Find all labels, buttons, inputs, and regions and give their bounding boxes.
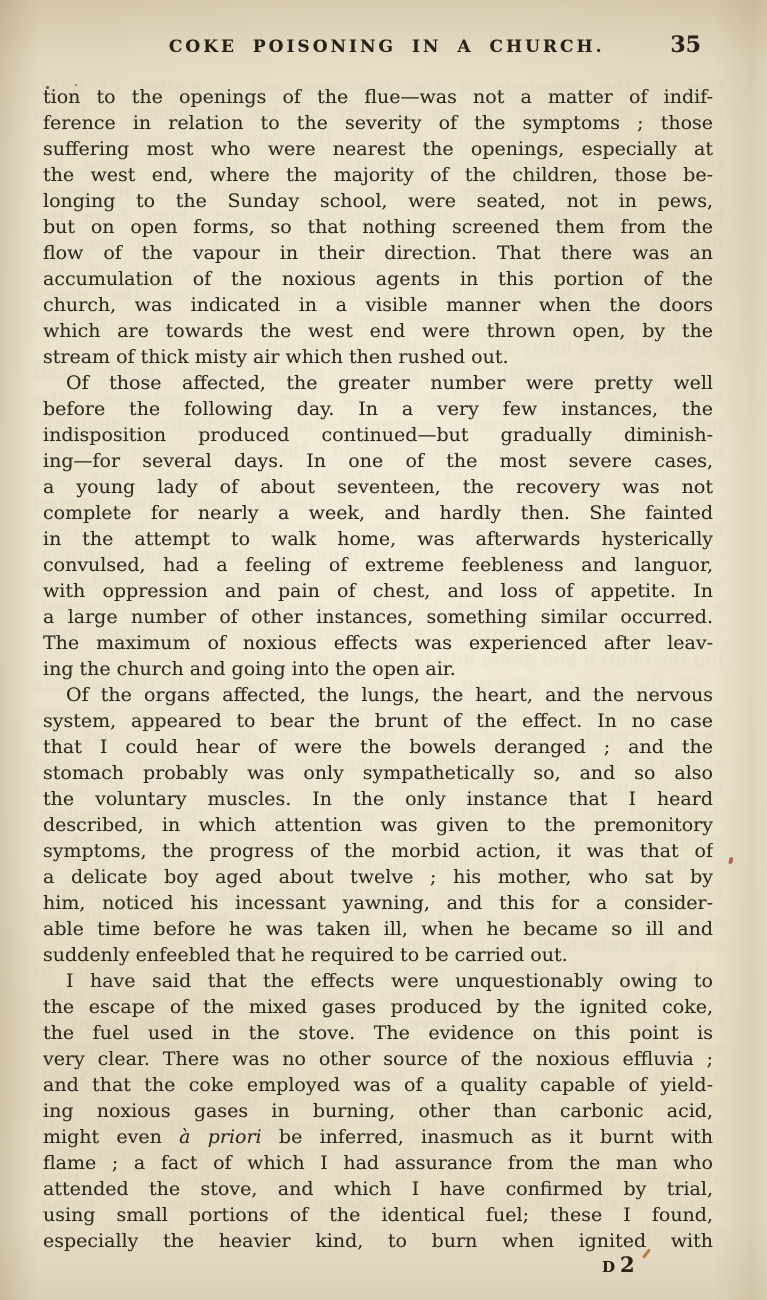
text-line: able time before he was taken ill, when … bbox=[43, 916, 713, 942]
text-line: Of those affected, the greater number we… bbox=[43, 370, 713, 396]
text-line: him, noticed his incessant yawning, and … bbox=[43, 890, 713, 916]
text-line: church, was indicated in a visible manne… bbox=[43, 292, 713, 318]
text-line: a large number of other instances, somet… bbox=[43, 604, 713, 630]
text-line: attended the stove, and which I have con… bbox=[43, 1176, 713, 1202]
text-line: which are towards the west end were thro… bbox=[43, 318, 713, 344]
text-line: a delicate boy aged about twelve ; his m… bbox=[43, 864, 713, 890]
text-line: I have said that the effects were unques… bbox=[43, 968, 713, 994]
paper-speck bbox=[728, 857, 733, 865]
body-text: tion to the openings of the flue—was not… bbox=[43, 84, 713, 1254]
text-line: described, in which attention was given … bbox=[43, 812, 713, 838]
text-line: convulsed, had a feeling of extreme feeb… bbox=[43, 552, 713, 578]
text-line: in the attempt to walk home, was afterwa… bbox=[43, 526, 713, 552]
text-line: and that the coke employed was of a qual… bbox=[43, 1072, 713, 1098]
text-line: suddenly enfeebled that he required to b… bbox=[43, 942, 713, 968]
text-line: might even à priori be inferred, inasmuc… bbox=[43, 1124, 713, 1150]
text-line: accumulation of the noxious agents in th… bbox=[43, 266, 713, 292]
text-line: flame ; a fact of which I had assurance … bbox=[43, 1150, 713, 1176]
page-number: 35 bbox=[670, 32, 701, 58]
running-header-title: COKE POISONING IN A CHURCH. bbox=[169, 37, 605, 57]
signature-letter: D bbox=[602, 1258, 616, 1276]
text-line: the fuel used in the stove. The evidence… bbox=[43, 1020, 713, 1046]
signature-numeral: 2 bbox=[620, 1252, 635, 1277]
signature-mark: D2 bbox=[602, 1252, 635, 1277]
text-line: but on open forms, so that nothing scree… bbox=[43, 214, 713, 240]
text-line: Of the organs affected, the lungs, the h… bbox=[43, 682, 713, 708]
text-line: the voluntary muscles. In the only insta… bbox=[43, 786, 713, 812]
text-line: ing—for several days. In one of the most… bbox=[43, 448, 713, 474]
text-line: ference in relation to the severity of t… bbox=[43, 110, 713, 136]
text-line: a young lady of about seventeen, the rec… bbox=[43, 474, 713, 500]
text-line: ing noxious gases in burning, other than… bbox=[43, 1098, 713, 1124]
text-line: the escape of the mixed gases produced b… bbox=[43, 994, 713, 1020]
text-line: ing the church and going into the open a… bbox=[43, 656, 713, 682]
text-line: complete for nearly a week, and hardly t… bbox=[43, 500, 713, 526]
text-line: with oppression and pain of chest, and l… bbox=[43, 578, 713, 604]
text-line: the west end, where the majority of the … bbox=[43, 162, 713, 188]
text-line: suffering most who were nearest the open… bbox=[43, 136, 713, 162]
text-line: before the following day. In a very few … bbox=[43, 396, 713, 422]
text-line: stomach probably was only sympatheticall… bbox=[43, 760, 713, 786]
text-line: flow of the vapour in their direction. T… bbox=[43, 240, 713, 266]
text-line: stream of thick misty air which then rus… bbox=[43, 344, 713, 370]
text-line: especially the heavier kind, to burn whe… bbox=[43, 1228, 713, 1254]
text-line: tion to the openings of the flue—was not… bbox=[43, 84, 713, 110]
running-header: COKE POISONING IN A CHURCH. 35 bbox=[43, 34, 713, 64]
text-line: indisposition produced continued—but gra… bbox=[43, 422, 713, 448]
text-line: system, appeared to bear the brunt of th… bbox=[43, 708, 713, 734]
text-line: that I could hear of were the bowels der… bbox=[43, 734, 713, 760]
text-line: symptoms, the progress of the morbid act… bbox=[43, 838, 713, 864]
text-line: longing to the Sunday school, were seate… bbox=[43, 188, 713, 214]
text-line: very clear. There was no other source of… bbox=[43, 1046, 713, 1072]
text-line: The maximum of noxious effects was exper… bbox=[43, 630, 713, 656]
text-line: using small portions of the identical fu… bbox=[43, 1202, 713, 1228]
book-page: tion to the openings of the flue—was not… bbox=[0, 0, 767, 1300]
